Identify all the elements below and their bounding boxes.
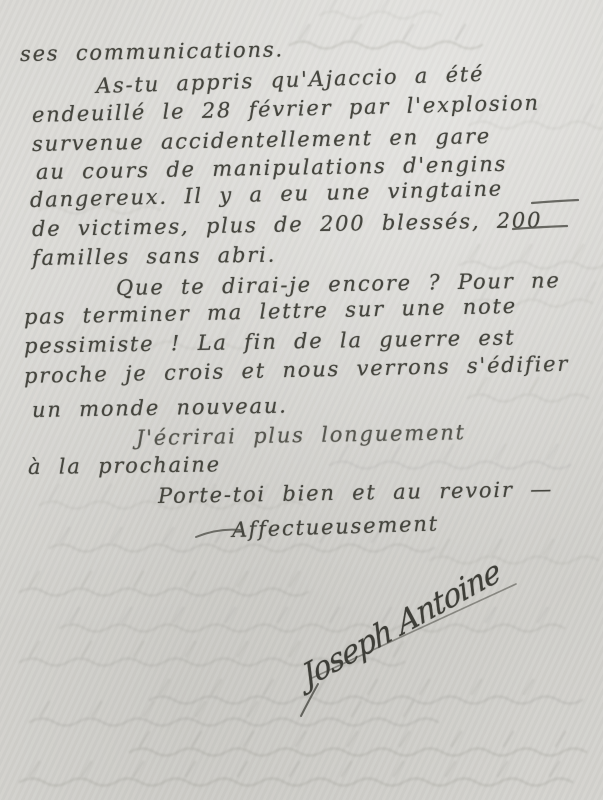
handwritten-line: familles sans abri. — [32, 243, 276, 270]
handwritten-line: proche je crois et nous verrons s'édifie… — [24, 352, 570, 388]
handwritten-line: Affectueusement — [232, 512, 440, 542]
handwritten-line: Porte-toi bien et au revoir — — [158, 477, 553, 508]
signature-block: Joseph Antoine — [296, 568, 576, 728]
handwritten-line: J'écrirai plus longuement — [136, 420, 466, 450]
handwritten-line: ses communications. — [20, 37, 284, 66]
handwritten-line: pas terminer ma lettre sur une note — [24, 294, 518, 329]
handwritten-line: à la prochaine — [28, 452, 221, 479]
signature: Joseph Antoine — [299, 552, 505, 695]
handwritten-line: pessimiste ! La fin de la guerre est — [24, 325, 516, 358]
handwritten-line: survenue accidentellement en gare — [32, 124, 491, 156]
handwritten-line: de victimes, plus de 200 blessés, 200 — [32, 208, 543, 241]
handwritten-line: un monde nouveau. — [32, 394, 288, 422]
letter-page: ses communications. As-tu appris qu'Ajac… — [0, 0, 603, 800]
